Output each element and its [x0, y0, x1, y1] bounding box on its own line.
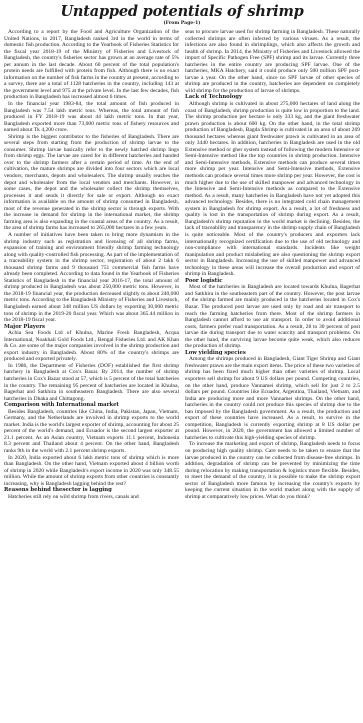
paragraph: seas to procure larvae used for shrimp f…: [185, 29, 360, 94]
paragraph: Although shrimp is cultivated in about 2…: [185, 101, 360, 278]
paragraph: Hatcheries still rely on wild shrimp fro…: [4, 494, 179, 501]
continuation-note: (From Page-1): [4, 21, 360, 27]
paragraph: Besides Bangladesh, countries like China…: [4, 409, 179, 455]
paragraph: Shrimp is the biggest contributor to the…: [4, 134, 179, 232]
right-column: seas to procure larvae used for shrimp f…: [185, 29, 360, 500]
paragraph: In 2020, India exported about 6 lakh met…: [4, 455, 179, 488]
article-body: According to a report by the Food and Ag…: [4, 29, 360, 500]
paragraph: According to a report by the Food and Ag…: [4, 29, 179, 101]
paragraph: In the financial year 1983-84, the total…: [4, 101, 179, 134]
paragraph: Most of the hatcheries in Bangladesh are…: [185, 284, 360, 349]
paragraph: Achia Sea Foods Ltd of Khulna, Marine Fr…: [4, 330, 179, 363]
newspaper-page: Untapped potentials of shrimp (From Page…: [0, 0, 363, 723]
paragraph: Among the shrimps produced in Bangladesh…: [185, 356, 360, 441]
article-headline: Untapped potentials of shrimp: [4, 3, 360, 20]
paragraph: In 1986, the Department of Fisheries (DO…: [4, 363, 179, 402]
left-column: According to a report by the Food and Ag…: [4, 29, 179, 500]
paragraph: A number of initiatives have been taken …: [4, 232, 179, 324]
paragraph: To increase the marketing and export of …: [185, 441, 360, 500]
